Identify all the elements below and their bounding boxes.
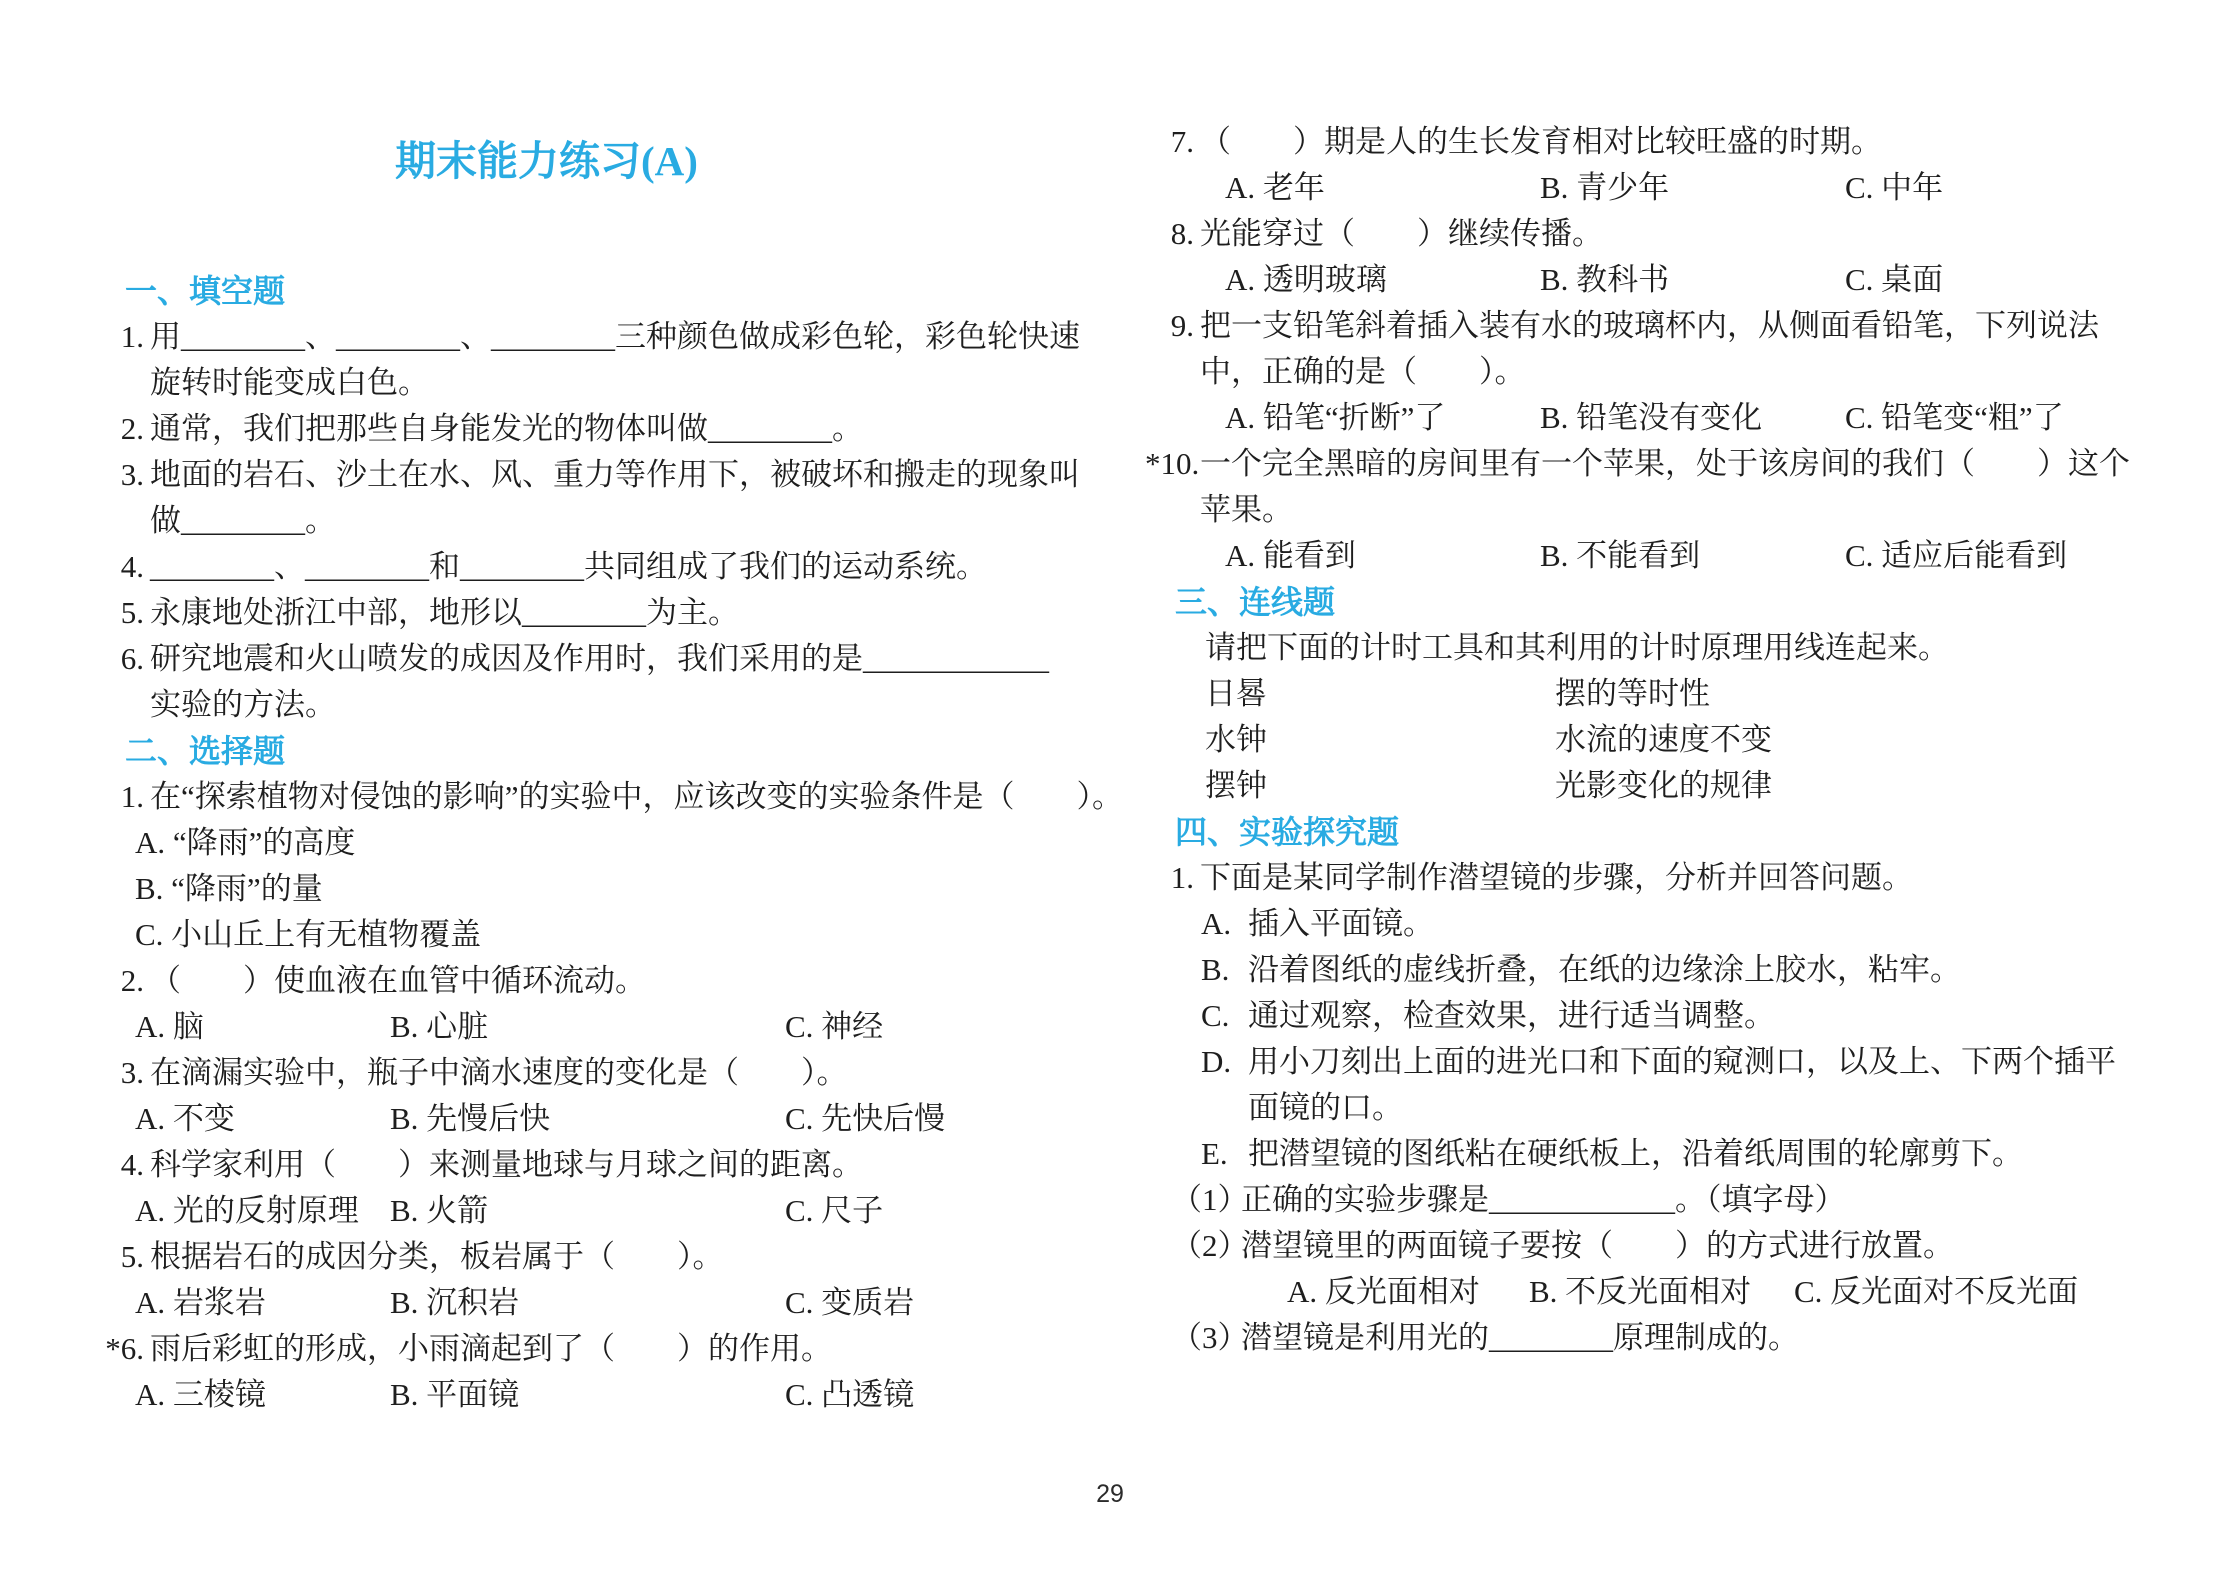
step-text: 把潜望镜的图纸粘在硬纸板上，沿着纸周围的轮廓剪下。 bbox=[1248, 1131, 2140, 1177]
option: A. 岩浆岩 bbox=[135, 1280, 390, 1326]
fill-question-3: 3. 地面的岩石、沙土在水、风、重力等作用下，被破坏和搬走的现象叫 做_____… bbox=[95, 452, 1053, 544]
fill-question-1: 1. 用________、________、________三种颜色做成彩色轮，… bbox=[95, 314, 1053, 406]
match-instruction: 请把下面的计时工具和其利用的计时原理用线连起来。 bbox=[1145, 625, 2140, 671]
option: A. “降雨”的高度 bbox=[135, 820, 1053, 866]
question-line: 旋转时能变成白色。 bbox=[150, 360, 1053, 406]
worksheet-page: 期末能力练习(A) 一、填空题 1. 用________、________、__… bbox=[0, 0, 2220, 1571]
question-number: 1. bbox=[95, 774, 150, 820]
choice-question-4: 4. 科学家利用（ ）来测量地球与月球之间的距离。 bbox=[95, 1142, 1053, 1188]
option: B. 教科书 bbox=[1540, 257, 1845, 303]
choice-question-9-options: A. 铅笔“折断”了 B. 铅笔没有变化 C. 铅笔变“粗”了 bbox=[1145, 395, 2140, 441]
exp-sub-question-3: （3） 潜望镜是利用光的________原理制成的。 bbox=[1171, 1315, 2140, 1361]
option: C. 中年 bbox=[1845, 165, 2140, 211]
section-match-heading: 三、连线题 bbox=[1145, 579, 2140, 625]
sub-question-number: （1） bbox=[1171, 1177, 1241, 1223]
option: B. “降雨”的量 bbox=[135, 866, 1053, 912]
question-number: *10. bbox=[1145, 441, 1200, 533]
question-number: 1. bbox=[1145, 855, 1200, 901]
fill-question-4: 4. ________、________和________共同组成了我们的运动系… bbox=[95, 544, 1053, 590]
option: B. 铅笔没有变化 bbox=[1540, 395, 1845, 441]
match-row-1: 日晷 摆的等时性 bbox=[1145, 671, 2140, 717]
question-stem: 中，正确的是（ ）。 bbox=[1200, 349, 2140, 395]
option: B. 心脏 bbox=[390, 1004, 785, 1050]
match-row-2: 水钟 水流的速度不变 bbox=[1145, 717, 2140, 763]
question-stem: 光能穿过（ ）继续传播。 bbox=[1200, 211, 2140, 257]
option: C. 凸透镜 bbox=[785, 1372, 1053, 1418]
choice-question-2: 2. （ ）使血液在血管中循环流动。 bbox=[95, 958, 1053, 1004]
option: C. 小山丘上有无植物覆盖 bbox=[135, 912, 1053, 958]
section-exp-heading: 四、实验探究题 bbox=[1145, 809, 2140, 855]
choice-question-7: 7. （ ）期是人的生长发育相对比较旺盛的时期。 bbox=[1145, 119, 2140, 165]
question-number: 5. bbox=[95, 1234, 150, 1280]
option: C. 变质岩 bbox=[785, 1280, 1053, 1326]
exp-sub-question-2-options: A. 反光面相对 B. 不反光面相对 C. 反光面对不反光面 bbox=[1145, 1269, 2140, 1315]
choice-question-10: *10. 一个完全黑暗的房间里有一个苹果，处于该房间的我们（ ）这个 苹果。 bbox=[1145, 441, 2140, 533]
step-text: 用小刀刻出上面的进光口和下面的窥测口，以及上、下两个插平 bbox=[1248, 1039, 2140, 1085]
option: A. 光的反射原理 bbox=[135, 1188, 390, 1234]
exp-sub-question-1: （1） 正确的实验步骤是____________。（填字母） bbox=[1171, 1177, 2140, 1223]
step-label: C. bbox=[1201, 993, 1248, 1039]
experiment-step-c: C. 通过观察，检查效果，进行适当调整。 bbox=[1201, 993, 2140, 1039]
question-number: 6. bbox=[95, 636, 150, 728]
section-fill-heading: 一、填空题 bbox=[95, 268, 1053, 314]
page-title: 期末能力练习(A) bbox=[95, 132, 998, 190]
question-stem: 雨后彩虹的形成，小雨滴起到了（ ）的作用。 bbox=[150, 1326, 1053, 1372]
question-stem: 把一支铅笔斜着插入装有水的玻璃杯内，从侧面看铅笔，下列说法 bbox=[1200, 303, 2140, 349]
option: C. 适应后能看到 bbox=[1845, 533, 2140, 579]
question-stem: 在“探索植物对侵蚀的影响”的实验中，应该改变的实验条件是（ ）。 bbox=[150, 774, 1053, 820]
question-line: 通常，我们把那些自身能发光的物体叫做________。 bbox=[150, 406, 1053, 452]
matching-left-item: 水钟 bbox=[1205, 717, 1555, 763]
experiment-step-d: D. 用小刀刻出上面的进光口和下面的窥测口，以及上、下两个插平 面镜的口。 bbox=[1201, 1039, 2140, 1131]
question-line: 永康地处浙江中部，地形以________为主。 bbox=[150, 590, 1053, 636]
question-number: 1. bbox=[95, 314, 150, 406]
option: C. 先快后慢 bbox=[785, 1096, 1053, 1142]
question-line: 用________、________、________三种颜色做成彩色轮，彩色轮… bbox=[150, 314, 1053, 360]
sub-question-number: （2） bbox=[1171, 1223, 1241, 1269]
matching-left-item: 日晷 bbox=[1205, 671, 1555, 717]
option: A. 脑 bbox=[135, 1004, 390, 1050]
question-number: *6. bbox=[95, 1326, 150, 1372]
question-number: 3. bbox=[95, 452, 150, 544]
option: C. 铅笔变“粗”了 bbox=[1845, 395, 2140, 441]
question-number: 5. bbox=[95, 590, 150, 636]
question-number: 8. bbox=[1145, 211, 1200, 257]
option: A. 老年 bbox=[1225, 165, 1540, 211]
step-text: 面镜的口。 bbox=[1248, 1085, 2140, 1131]
sub-question-text: 潜望镜是利用光的________原理制成的。 bbox=[1241, 1315, 2140, 1361]
option: B. 不反光面相对 bbox=[1529, 1269, 1794, 1315]
choice-question-6-options: A. 三棱镜 B. 平面镜 C. 凸透镜 bbox=[95, 1372, 1053, 1418]
step-label: E. bbox=[1201, 1131, 1248, 1177]
option: C. 神经 bbox=[785, 1004, 1053, 1050]
question-stem: 一个完全黑暗的房间里有一个苹果，处于该房间的我们（ ）这个 bbox=[1200, 441, 2140, 487]
matching-right-item: 水流的速度不变 bbox=[1555, 717, 2140, 763]
step-label: B. bbox=[1201, 947, 1248, 993]
question-line: 实验的方法。 bbox=[150, 682, 1053, 728]
option: A. 能看到 bbox=[1225, 533, 1540, 579]
option: B. 平面镜 bbox=[390, 1372, 785, 1418]
matching-right-item: 摆的等时性 bbox=[1555, 671, 2140, 717]
step-label: A. bbox=[1201, 901, 1248, 947]
question-number: 3. bbox=[95, 1050, 150, 1096]
step-text: 插入平面镜。 bbox=[1248, 901, 2140, 947]
choice-question-3: 3. 在滴漏实验中，瓶子中滴水速度的变化是（ ）。 bbox=[95, 1050, 1053, 1096]
left-column: 期末能力练习(A) 一、填空题 1. 用________、________、__… bbox=[95, 132, 1053, 1418]
question-number: 4. bbox=[95, 544, 150, 590]
option: A. 三棱镜 bbox=[135, 1372, 390, 1418]
question-stem: （ ）使血液在血管中循环流动。 bbox=[150, 958, 1053, 1004]
question-line: ________、________和________共同组成了我们的运动系统。 bbox=[150, 544, 1053, 590]
sub-question-number: （3） bbox=[1171, 1315, 1241, 1361]
option: B. 青少年 bbox=[1540, 165, 1845, 211]
option: C. 反光面对不反光面 bbox=[1794, 1269, 2140, 1315]
question-stem: 根据岩石的成因分类，板岩属于（ ）。 bbox=[150, 1234, 1053, 1280]
experiment-step-a: A. 插入平面镜。 bbox=[1201, 901, 2140, 947]
question-number: 2. bbox=[95, 406, 150, 452]
question-stem: （ ）期是人的生长发育相对比较旺盛的时期。 bbox=[1200, 119, 2140, 165]
right-column: 7. （ ）期是人的生长发育相对比较旺盛的时期。 A. 老年 B. 青少年 C.… bbox=[1145, 119, 2140, 1361]
exp-question-1: 1. 下面是某同学制作潜望镜的步骤，分析并回答问题。 bbox=[1145, 855, 2140, 901]
question-line: 地面的岩石、沙土在水、风、重力等作用下，被破坏和搬走的现象叫 bbox=[150, 452, 1053, 498]
option: C. 尺子 bbox=[785, 1188, 1053, 1234]
choice-question-8-options: A. 透明玻璃 B. 教科书 C. 桌面 bbox=[1145, 257, 2140, 303]
choice-question-3-options: A. 不变 B. 先慢后快 C. 先快后慢 bbox=[95, 1096, 1053, 1142]
choice-question-5-options: A. 岩浆岩 B. 沉积岩 C. 变质岩 bbox=[95, 1280, 1053, 1326]
sub-question-text: 潜望镜里的两面镜子要按（ ）的方式进行放置。 bbox=[1241, 1223, 2140, 1269]
question-line: 做________。 bbox=[150, 498, 1053, 544]
option: B. 火箭 bbox=[390, 1188, 785, 1234]
experiment-step-e: E. 把潜望镜的图纸粘在硬纸板上，沿着纸周围的轮廓剪下。 bbox=[1201, 1131, 2140, 1177]
choice-question-5: 5. 根据岩石的成因分类，板岩属于（ ）。 bbox=[95, 1234, 1053, 1280]
question-line: 研究地震和火山喷发的成因及作用时，我们采用的是____________ bbox=[150, 636, 1053, 682]
question-number: 2. bbox=[95, 958, 150, 1004]
step-label: D. bbox=[1201, 1039, 1248, 1131]
question-number: 4. bbox=[95, 1142, 150, 1188]
choice-question-10-options: A. 能看到 B. 不能看到 C. 适应后能看到 bbox=[1145, 533, 2140, 579]
fill-question-5: 5. 永康地处浙江中部，地形以________为主。 bbox=[95, 590, 1053, 636]
exp-sub-question-2: （2） 潜望镜里的两面镜子要按（ ）的方式进行放置。 bbox=[1171, 1223, 2140, 1269]
experiment-step-b: B. 沿着图纸的虚线折叠，在纸的边缘涂上胶水，粘牢。 bbox=[1201, 947, 2140, 993]
choice-question-6: *6. 雨后彩虹的形成，小雨滴起到了（ ）的作用。 bbox=[95, 1326, 1053, 1372]
choice-question-4-options: A. 光的反射原理 B. 火箭 C. 尺子 bbox=[95, 1188, 1053, 1234]
option: A. 铅笔“折断”了 bbox=[1225, 395, 1540, 441]
option: B. 不能看到 bbox=[1540, 533, 1845, 579]
option: B. 先慢后快 bbox=[390, 1096, 785, 1142]
fill-question-2: 2. 通常，我们把那些自身能发光的物体叫做________。 bbox=[95, 406, 1053, 452]
matching-left-item: 摆钟 bbox=[1205, 763, 1555, 809]
choice-question-9: 9. 把一支铅笔斜着插入装有水的玻璃杯内，从侧面看铅笔，下列说法 中，正确的是（… bbox=[1145, 303, 2140, 395]
step-text: 通过观察，检查效果，进行适当调整。 bbox=[1248, 993, 2140, 1039]
step-text: 沿着图纸的虚线折叠，在纸的边缘涂上胶水，粘牢。 bbox=[1248, 947, 2140, 993]
sub-question-text: 正确的实验步骤是____________。（填字母） bbox=[1241, 1177, 2140, 1223]
choice-question-1-options: A. “降雨”的高度 B. “降雨”的量 C. 小山丘上有无植物覆盖 bbox=[95, 820, 1053, 958]
choice-question-2-options: A. 脑 B. 心脏 C. 神经 bbox=[95, 1004, 1053, 1050]
option: A. 透明玻璃 bbox=[1225, 257, 1540, 303]
option: C. 桌面 bbox=[1845, 257, 2140, 303]
question-intro: 下面是某同学制作潜望镜的步骤，分析并回答问题。 bbox=[1200, 855, 2140, 901]
question-number: 9. bbox=[1145, 303, 1200, 395]
question-number: 7. bbox=[1145, 119, 1200, 165]
section-choice-heading: 二、选择题 bbox=[95, 728, 1053, 774]
option: B. 沉积岩 bbox=[390, 1280, 785, 1326]
page-number: 29 bbox=[1075, 1480, 1145, 1509]
option: A. 不变 bbox=[135, 1096, 390, 1142]
question-stem: 在滴漏实验中，瓶子中滴水速度的变化是（ ）。 bbox=[150, 1050, 1053, 1096]
choice-question-8: 8. 光能穿过（ ）继续传播。 bbox=[1145, 211, 2140, 257]
choice-question-7-options: A. 老年 B. 青少年 C. 中年 bbox=[1145, 165, 2140, 211]
matching-right-item: 光影变化的规律 bbox=[1555, 763, 2140, 809]
question-stem: 苹果。 bbox=[1200, 487, 2140, 533]
fill-question-6: 6. 研究地震和火山喷发的成因及作用时，我们采用的是____________ 实… bbox=[95, 636, 1053, 728]
option: A. 反光面相对 bbox=[1287, 1269, 1529, 1315]
choice-question-1: 1. 在“探索植物对侵蚀的影响”的实验中，应该改变的实验条件是（ ）。 bbox=[95, 774, 1053, 820]
question-stem: 科学家利用（ ）来测量地球与月球之间的距离。 bbox=[150, 1142, 1053, 1188]
match-row-3: 摆钟 光影变化的规律 bbox=[1145, 763, 2140, 809]
